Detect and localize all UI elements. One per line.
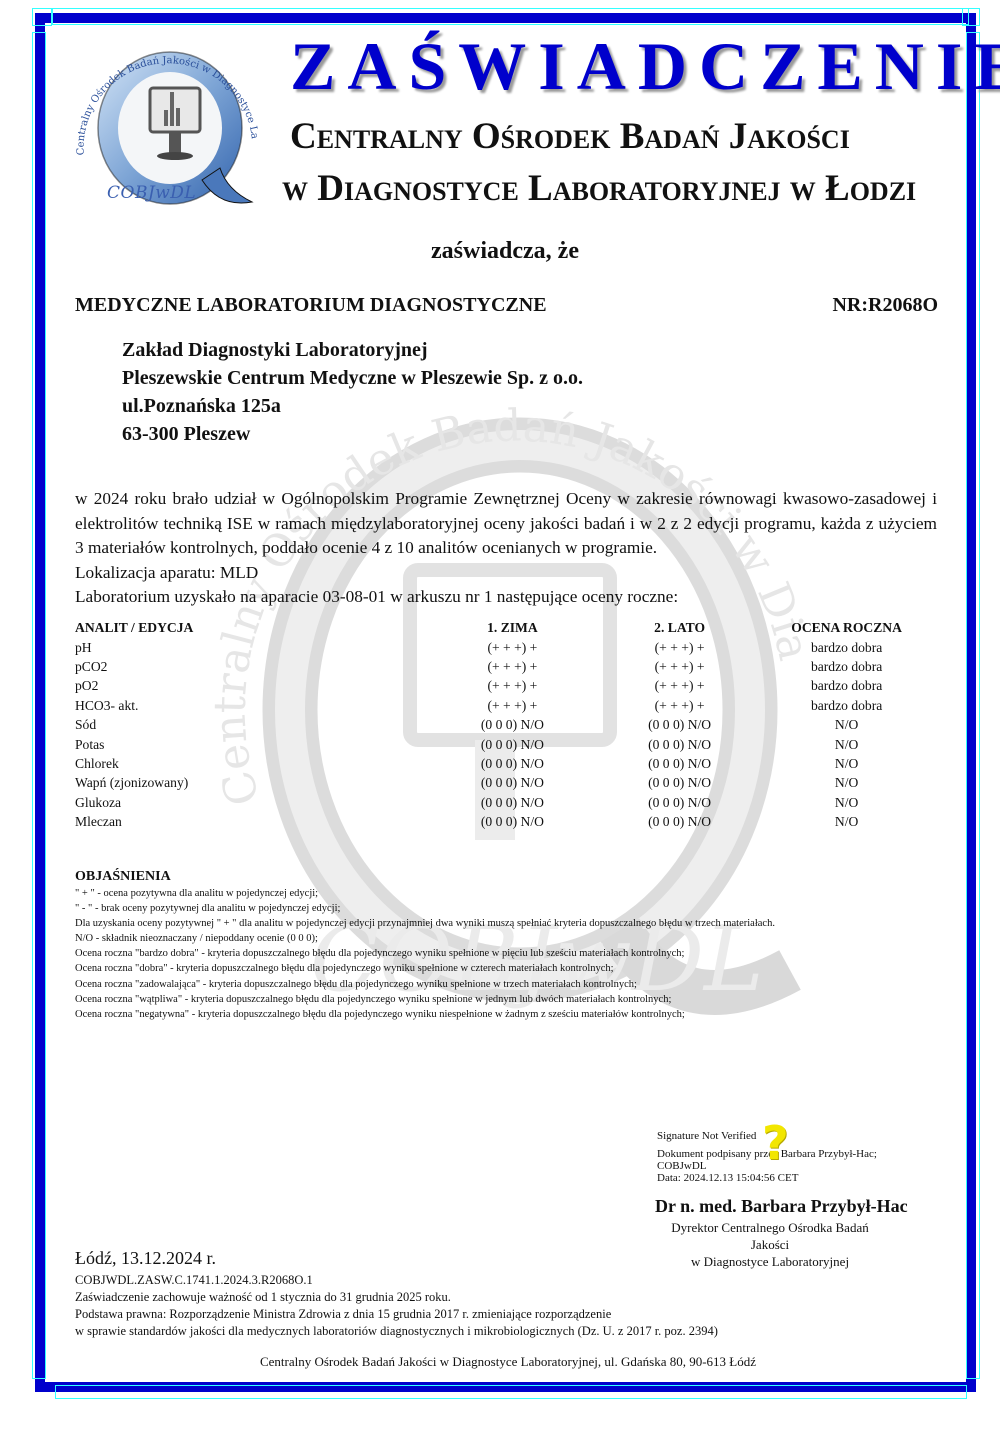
cell-analyte: Sód <box>75 716 399 735</box>
edge-guide <box>966 32 980 1379</box>
results-intro: Laboratorium uzyskało na aparacie 03-08-… <box>75 585 937 610</box>
legend-item: Ocena roczna "negatywna" - kryteria dopu… <box>75 1007 775 1022</box>
cell-zima: (0 0 0) N/O <box>399 754 586 773</box>
question-mark-icon[interactable]: ? <box>762 1120 789 1166</box>
validity-note: Zaświadczenie zachowuje ważność od 1 sty… <box>75 1289 718 1306</box>
reference-number: COBJWDL.ZASW.C.1741.1.2024.3.R2068O.1 <box>75 1272 718 1289</box>
issuer-name-line1: Centralny Ośrodek Badań Jakości <box>290 118 850 155</box>
statement-paragraph: w 2024 roku brało udział w Ogólnopolskim… <box>75 487 937 561</box>
footer-notes: COBJWDL.ZASW.C.1741.1.2024.3.R2068O.1 Za… <box>75 1272 718 1340</box>
cell-zima: (+ + +) + <box>399 657 586 676</box>
edge-guide <box>55 1385 967 1399</box>
table-row: Wapń (zjonizowany)(0 0 0) N/O(0 0 0) N/O… <box>75 774 940 793</box>
table-row: Chlorek(0 0 0) N/O(0 0 0) N/ON/O <box>75 754 940 773</box>
header-zima: 1. ZIMA <box>399 618 586 638</box>
cell-zima: (0 0 0) N/O <box>399 716 586 735</box>
cell-lato: (+ + +) + <box>586 677 753 696</box>
cell-lato: (0 0 0) N/O <box>586 774 753 793</box>
cell-lato: (0 0 0) N/O <box>586 793 753 812</box>
legend-item: N/O - składnik nieoznaczany / niepoddany… <box>75 931 775 946</box>
signer-role-line: w Diagnostyce Laboratoryjnej <box>655 1253 885 1270</box>
header-lato: 2. LATO <box>586 618 753 638</box>
cell-annual: N/O <box>753 735 940 754</box>
legend-title: OBJAŚNIENIA <box>75 868 775 886</box>
cell-lato: (0 0 0) N/O <box>586 813 753 832</box>
legend-item: Ocena roczna "dobra" - kryteria dopuszcz… <box>75 961 775 976</box>
address-line: ul.Poznańska 125a <box>122 392 583 420</box>
address-line: 63-300 Pleszew <box>122 420 583 448</box>
cell-zima: (0 0 0) N/O <box>399 793 586 812</box>
legend-item: Dla uzyskania oceny pozytywnej " + " dla… <box>75 916 775 931</box>
cell-zima: (+ + +) + <box>399 696 586 715</box>
issuer-name-line2: w Diagnostyce Laboratoryjnej w Łodzi <box>282 170 916 207</box>
cell-analyte: Glukoza <box>75 793 399 812</box>
cell-analyte: pH <box>75 638 399 657</box>
cell-analyte: Mleczan <box>75 813 399 832</box>
footer-address: Centralny Ośrodek Badań Jakości w Diagno… <box>0 1354 1000 1370</box>
table-row: Potas(0 0 0) N/O(0 0 0) N/ON/O <box>75 735 940 754</box>
cell-annual: N/O <box>753 716 940 735</box>
cell-annual: N/O <box>753 754 940 773</box>
cell-analyte: Chlorek <box>75 754 399 773</box>
laboratory-address: Zakład Diagnostyki Laboratoryjnej Plesze… <box>122 336 583 448</box>
cell-zima: (+ + +) + <box>399 638 586 657</box>
device-location: Lokalizacja aparatu: MLD <box>75 561 937 586</box>
legend-item: Ocena roczna "zadowalająca" - kryteria d… <box>75 977 775 992</box>
results-header-row: ANALIT / EDYCJA 1. ZIMA 2. LATO OCENA RO… <box>75 618 940 638</box>
cell-lato: (0 0 0) N/O <box>586 716 753 735</box>
header-annual: OCENA ROCZNA <box>753 618 940 638</box>
cell-zima: (0 0 0) N/O <box>399 774 586 793</box>
table-row: Sód(0 0 0) N/O(0 0 0) N/ON/O <box>75 716 940 735</box>
cell-zima: (0 0 0) N/O <box>399 813 586 832</box>
legend-item: " + " - ocena pozytywna dla analitu w po… <box>75 886 775 901</box>
table-row: Mleczan(0 0 0) N/O(0 0 0) N/ON/O <box>75 813 940 832</box>
logo-caption: COBJwDL <box>107 183 196 203</box>
statement: w 2024 roku brało udział w Ogólnopolskim… <box>75 487 937 610</box>
laboratory-type: MEDYCZNE LABORATORIUM DIAGNOSTYCZNE <box>75 294 547 317</box>
legend-item: " - " - brak oceny pozytywnej dla analit… <box>75 901 775 916</box>
certifies-text: zaświadcza, że <box>0 238 1000 265</box>
cell-annual: N/O <box>753 793 940 812</box>
cell-annual: bardzo dobra <box>753 677 940 696</box>
address-line: Zakład Diagnostyki Laboratoryjnej <box>122 336 583 364</box>
table-row: pCO2(+ + +) +(+ + +) +bardzo dobra <box>75 657 940 676</box>
cell-lato: (+ + +) + <box>586 638 753 657</box>
table-row: pH(+ + +) +(+ + +) +bardzo dobra <box>75 638 940 657</box>
corner-guide <box>962 8 980 26</box>
cell-annual: bardzo dobra <box>753 696 940 715</box>
cell-annual: bardzo dobra <box>753 657 940 676</box>
cell-analyte: HCO3- akt. <box>75 696 399 715</box>
cell-analyte: Potas <box>75 735 399 754</box>
signer-role-line: Dyrektor Centralnego Ośrodka Badań Jakoś… <box>655 1219 885 1253</box>
edge-guide <box>52 8 969 25</box>
legal-basis: Podstawa prawna: Rozporządzenie Ministra… <box>75 1306 718 1323</box>
cell-zima: (0 0 0) N/O <box>399 735 586 754</box>
legend-item: Ocena roczna "wątpliwa" - kryteria dopus… <box>75 992 775 1007</box>
cell-lato: (0 0 0) N/O <box>586 754 753 773</box>
table-row: Glukoza(0 0 0) N/O(0 0 0) N/ON/O <box>75 793 940 812</box>
cell-analyte: pO2 <box>75 677 399 696</box>
cell-zima: (+ + +) + <box>399 677 586 696</box>
document-title: ZAŚWIADCZENIE <box>290 32 1000 100</box>
legend: OBJAŚNIENIA " + " - ocena pozytywna dla … <box>75 868 775 1022</box>
cell-lato: (+ + +) + <box>586 657 753 676</box>
cell-annual: N/O <box>753 813 940 832</box>
cell-lato: (+ + +) + <box>586 696 753 715</box>
cell-lato: (0 0 0) N/O <box>586 735 753 754</box>
header-analyte: ANALIT / EDYCJA <box>75 618 399 638</box>
place-and-date: Łódź, 13.12.2024 r. <box>75 1248 216 1269</box>
table-row: HCO3- akt.(+ + +) +(+ + +) +bardzo dobra <box>75 696 940 715</box>
cell-annual: N/O <box>753 774 940 793</box>
cell-annual: bardzo dobra <box>753 638 940 657</box>
signature-date: Data: 2024.12.13 15:04:56 CET <box>657 1172 877 1184</box>
signer-name: Dr n. med. Barbara Przybył-Hac <box>655 1196 908 1217</box>
results-table: ANALIT / EDYCJA 1. ZIMA 2. LATO OCENA RO… <box>75 618 940 832</box>
laboratory-number: NR:R2068O <box>832 294 938 317</box>
cell-analyte: Wapń (zjonizowany) <box>75 774 399 793</box>
legend-item: Ocena roczna "bardzo dobra" - kryteria d… <box>75 946 775 961</box>
signer-role: Dyrektor Centralnego Ośrodka Badań Jakoś… <box>655 1219 885 1270</box>
corner-guide <box>32 8 52 26</box>
table-row: pO2(+ + +) +(+ + +) +bardzo dobra <box>75 677 940 696</box>
edge-guide <box>32 32 46 1379</box>
cell-analyte: pCO2 <box>75 657 399 676</box>
legal-basis: w sprawie standardów jakości dla medyczn… <box>75 1323 718 1340</box>
address-line: Pleszewskie Centrum Medyczne w Pleszewie… <box>122 364 583 392</box>
